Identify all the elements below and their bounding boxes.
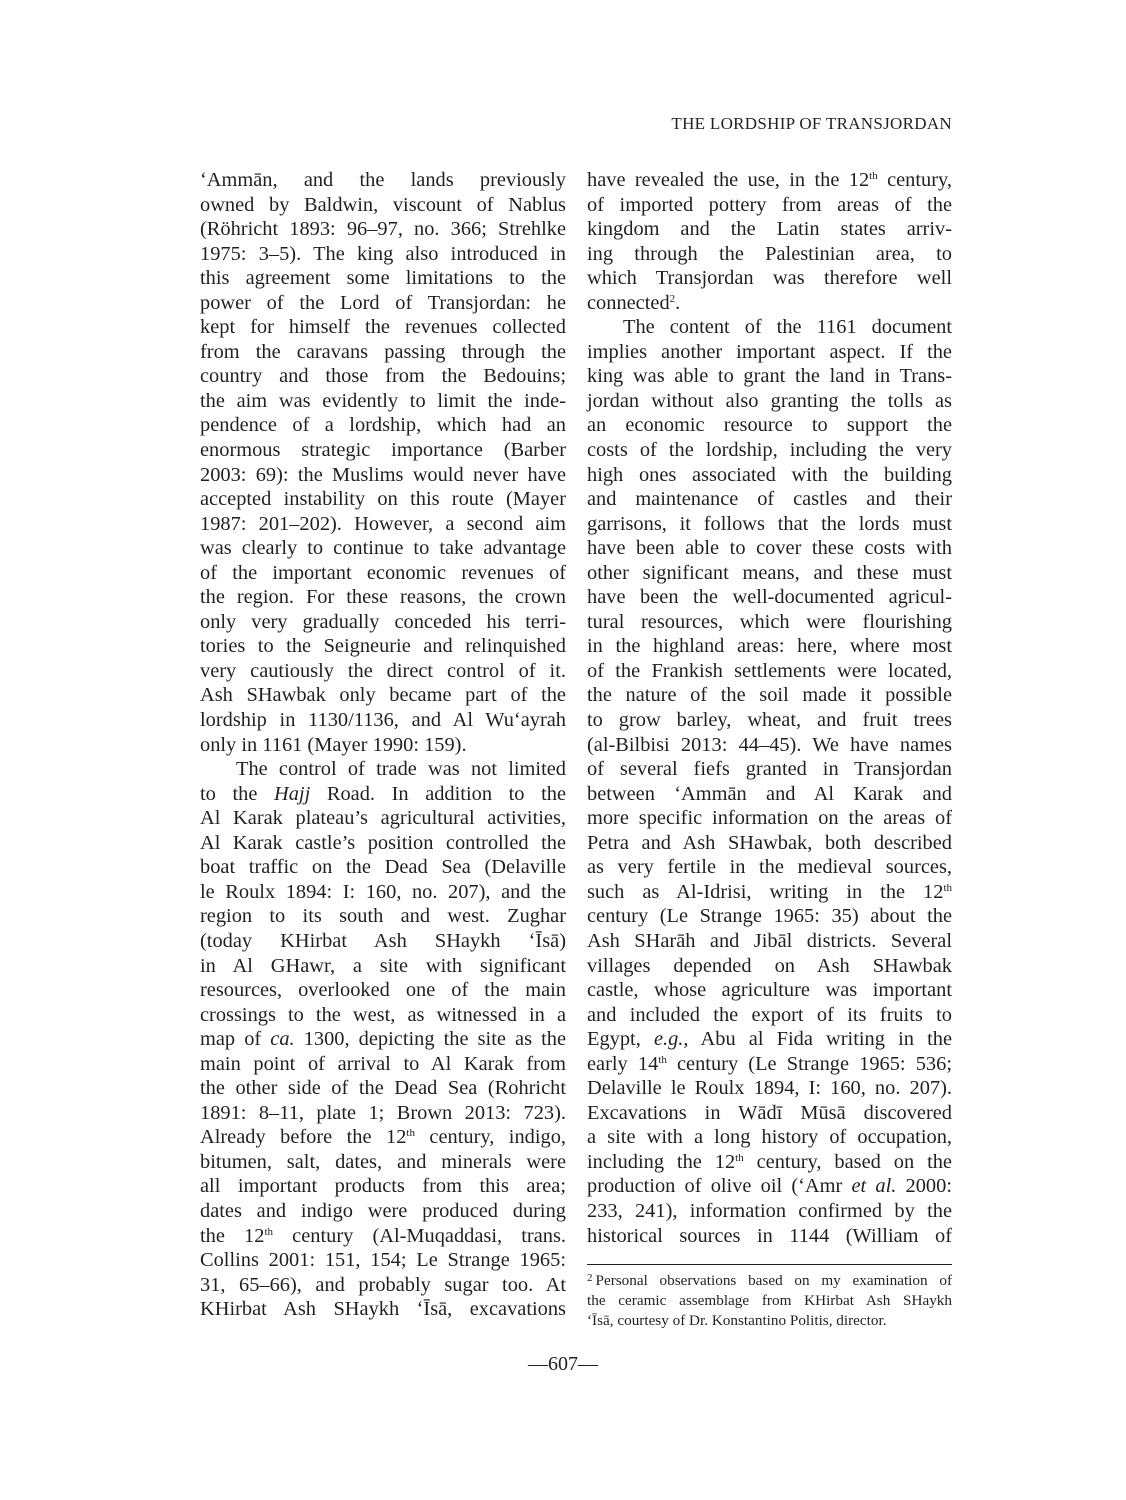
text-line: Excavations in Wādī Mūsā discovered: [587, 1101, 952, 1126]
text-line: region to its south and west. Zughar: [200, 904, 566, 929]
text-line: in Al GHawr, a site with significant: [200, 954, 566, 979]
text-span: century, indigo,: [415, 1126, 566, 1148]
text-line: tories to the Seigneurie and relinquishe…: [200, 634, 566, 659]
footnote-line: the ceramic assemblage from KHirbat Ash …: [587, 1291, 952, 1311]
text-line: to grow barley, wheat, and fruit trees: [587, 708, 952, 733]
text-line: crossings to the west, as witnessed in a: [200, 1003, 566, 1028]
text-line: and maintenance of castles and their: [587, 487, 952, 512]
text-span: production of olive oil (‘Amr: [587, 1175, 852, 1197]
text-line: 31, 65–66), and probably sugar too. At: [200, 1273, 566, 1298]
text-line: (Röhricht 1893: 96–97, no. 366; Strehlke: [200, 217, 566, 242]
text-line: owned by Baldwin, viscount of Nablus: [200, 193, 566, 218]
text-span: century,: [878, 169, 952, 191]
text-line: a site with a long history of occupation…: [587, 1125, 952, 1150]
text-line: kept for himself the revenues collected: [200, 315, 566, 340]
text-line: of several fiefs granted in Transjordan: [587, 757, 952, 782]
text-line: king was able to grant the land in Trans…: [587, 364, 952, 389]
text-line: 1987: 201–202). However, a second aim: [200, 512, 566, 537]
text-line: the aim was evidently to limit the inde-: [200, 389, 566, 414]
italic-term: e.g.,: [654, 1028, 689, 1050]
text-span: the 12: [200, 1225, 264, 1247]
footnote-marker: 2: [587, 1272, 593, 1284]
text-line: resources, overlooked one of the main: [200, 978, 566, 1003]
text-line: (al-Bilbisi 2013: 44–45). We have names: [587, 733, 952, 758]
text-line: tural resources, which were flourishing: [587, 610, 952, 635]
paragraph-continued-right: have revealed the use, in the 12th centu…: [587, 168, 952, 315]
text-line: of the Frankish settlements were located…: [587, 659, 952, 684]
text-line: century (Le Strange 1965: 35) about the: [587, 904, 952, 929]
text-line: was clearly to continue to take advantag…: [200, 536, 566, 561]
running-head: THE LORDSHIP OF TRANSJORDAN: [671, 114, 952, 134]
superscript: th: [264, 1226, 273, 1238]
text-span: 2000:: [896, 1175, 952, 1197]
superscript: th: [869, 170, 878, 182]
text-line: ‘Ammān, and the lands previously: [200, 168, 566, 193]
text-line: and included the export of its fruits to: [587, 1003, 952, 1028]
text-line: have been able to cover these costs with: [587, 536, 952, 561]
footnote-2: 2Personal observations based on my exami…: [587, 1268, 952, 1331]
text-span: Personal observations based on my examin…: [596, 1272, 953, 1289]
italic-term: ca.: [270, 1028, 294, 1050]
text-line: main point of arrival to Al Karak from: [200, 1052, 566, 1077]
text-line: map of ca. 1300, depicting the site as t…: [200, 1027, 566, 1052]
text-line: of imported pottery from areas of the: [587, 193, 952, 218]
text-span: have revealed the use, in the 12: [587, 169, 869, 191]
text-span: Road. In addition to the: [310, 783, 566, 805]
text-line: Egypt, e.g., Abu al Fida writing in the: [587, 1027, 952, 1052]
text-line: 1975: 3–5). The king also introduced in: [200, 242, 566, 267]
text-line: villages depended on Ash SHawbak: [587, 954, 952, 979]
paragraph-1161-document: The content of the 1161 document implies…: [587, 315, 952, 1248]
text-line: castle, whose agriculture was important: [587, 978, 952, 1003]
text-line: kingdom and the Latin states arriv-: [587, 217, 952, 242]
text-span: century, based on the: [744, 1151, 952, 1173]
text-line: accepted instability on this route (Maye…: [200, 487, 566, 512]
text-line: The control of trade was not limited: [200, 757, 566, 782]
text-line: enormous strategic importance (Barber: [200, 438, 566, 463]
right-column: have revealed the use, in the 12th centu…: [587, 168, 952, 1248]
text-line: the nature of the soil made it possible: [587, 683, 952, 708]
text-line: Ash SHarāh and Jibāl districts. Several: [587, 929, 952, 954]
text-line: bitumen, salt, dates, and minerals were: [200, 1150, 566, 1175]
text-span: including the 12: [587, 1151, 735, 1173]
text-line: ing through the Palestinian area, to: [587, 242, 952, 267]
footnote-divider: [587, 1264, 952, 1265]
text-span: early 14: [587, 1053, 658, 1075]
text-line: The content of the 1161 document: [587, 315, 952, 340]
text-line: other significant means, and these must: [587, 561, 952, 586]
text-line: lordship in 1130/1136, and Al Wu‘ayrah: [200, 708, 566, 733]
italic-term: Hajj: [274, 783, 310, 805]
text-span: map of: [200, 1028, 270, 1050]
text-line: country and those from the Bedouins;: [200, 364, 566, 389]
text-span: Abu al Fida writing in the: [689, 1028, 953, 1050]
text-line: 1891: 8–11, plate 1; Brown 2013: 723).: [200, 1101, 566, 1126]
text-line: between ‘Ammān and Al Karak and: [587, 782, 952, 807]
text-line: an economic resource to support the: [587, 413, 952, 438]
text-line: connected2.: [587, 291, 952, 316]
text-line: more specific information on the areas o…: [587, 806, 952, 831]
footnote-line: 2Personal observations based on my exami…: [587, 1268, 952, 1291]
text-line: pendence of a lordship, which had an: [200, 413, 566, 438]
text-line: dates and indigo were produced during: [200, 1199, 566, 1224]
text-line: costs of the lordship, including the ver…: [587, 438, 952, 463]
text-line: very cautiously the direct control of it…: [200, 659, 566, 684]
left-column: ‘Ammān, and the lands previously owned b…: [200, 168, 566, 1322]
text-line: 2003: 69): the Muslims would never have: [200, 463, 566, 488]
text-span: century (Le Strange 1965: 536;: [667, 1053, 952, 1075]
text-line: only in 1161 (Mayer 1990: 159).: [200, 733, 566, 758]
text-span: Already before the 12: [200, 1126, 406, 1148]
text-line: such as Al-Idrisi, writing in the 12th: [587, 880, 952, 905]
text-line: Al Karak plateau’s agricultural activiti…: [200, 806, 566, 831]
text-span: connected: [587, 292, 670, 314]
text-line: in the highland areas: here, where most: [587, 634, 952, 659]
text-span: such as Al-Idrisi, writing in the 12: [587, 881, 943, 903]
paragraph-continued: ‘Ammān, and the lands previously owned b…: [200, 168, 566, 757]
text-line: the other side of the Dead Sea (Rohricht: [200, 1076, 566, 1101]
text-line: power of the Lord of Transjordan: he: [200, 291, 566, 316]
text-span: Egypt,: [587, 1028, 654, 1050]
text-line: implies another important aspect. If the: [587, 340, 952, 365]
text-line: le Roulx 1894: I: 160, no. 207), and the: [200, 880, 566, 905]
text-line: have revealed the use, in the 12th centu…: [587, 168, 952, 193]
text-line: garrisons, it follows that the lords mus…: [587, 512, 952, 537]
text-line: including the 12th century, based on the: [587, 1150, 952, 1175]
text-line: early 14th century (Le Strange 1965: 536…: [587, 1052, 952, 1077]
text-line: boat traffic on the Dead Sea (Delaville: [200, 855, 566, 880]
text-line: Collins 2001: 151, 154; Le Strange 1965:: [200, 1248, 566, 1273]
text-line: jordan without also granting the tolls a…: [587, 389, 952, 414]
text-line: of the important economic revenues of: [200, 561, 566, 586]
text-line: KHirbat Ash SHaykh ‘Īsā, excavations: [200, 1297, 566, 1322]
italic-term: et al.: [852, 1175, 897, 1197]
text-line: Already before the 12th century, indigo,: [200, 1125, 566, 1150]
text-line: the region. For these reasons, the crown: [200, 585, 566, 610]
superscript: th: [406, 1127, 415, 1139]
superscript: th: [735, 1152, 744, 1164]
text-line: as very fertile in the medieval sources,: [587, 855, 952, 880]
text-line: from the caravans passing through the: [200, 340, 566, 365]
text-line: all important products from this area;: [200, 1174, 566, 1199]
text-line: to the Hajj Road. In addition to the: [200, 782, 566, 807]
text-line: production of olive oil (‘Amr et al. 200…: [587, 1174, 952, 1199]
text-span: .: [675, 292, 680, 314]
text-span: century (Al-Muqaddasi, trans.: [273, 1225, 566, 1247]
text-line: (today KHirbat Ash SHaykh ‘Īsā): [200, 929, 566, 954]
text-line: 233, 241), information confirmed by the: [587, 1199, 952, 1224]
text-line: this agreement some limitations to the: [200, 266, 566, 291]
superscript: th: [658, 1054, 667, 1066]
text-line: Delaville le Roulx 1894, I: 160, no. 207…: [587, 1076, 952, 1101]
page-number: —607—: [0, 1353, 1126, 1376]
text-span: 1300, depicting the site as the: [295, 1028, 566, 1050]
text-line: the 12th century (Al-Muqaddasi, trans.: [200, 1224, 566, 1249]
text-line: only very gradually conceded his terri-: [200, 610, 566, 635]
text-line: Al Karak castle’s position controlled th…: [200, 831, 566, 856]
paragraph-trade-control: The control of trade was not limited to …: [200, 757, 566, 1322]
text-line: historical sources in 1144 (William of: [587, 1224, 952, 1249]
text-line: Ash SHawbak only became part of the: [200, 683, 566, 708]
text-line: Petra and Ash SHawbak, both described: [587, 831, 952, 856]
text-span: to the: [200, 783, 274, 805]
text-line: which Transjordan was therefore well: [587, 266, 952, 291]
footnote-line: ‘Īsā, courtesy of Dr. Konstantino Politi…: [587, 1311, 952, 1331]
text-line: high ones associated with the building: [587, 463, 952, 488]
superscript: th: [943, 882, 952, 894]
text-line: have been the well-documented agricul-: [587, 585, 952, 610]
